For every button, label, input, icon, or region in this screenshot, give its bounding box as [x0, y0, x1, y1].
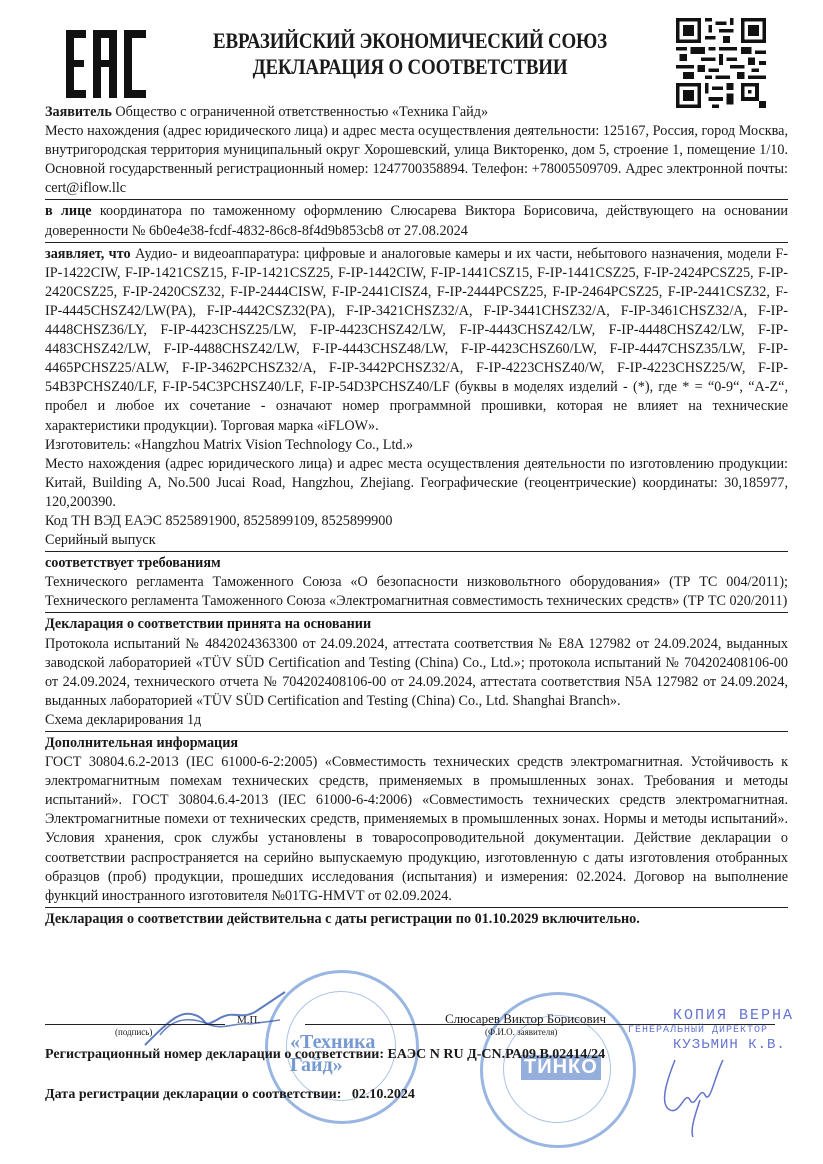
declares-label: заявляет, что	[45, 246, 131, 262]
release-type: Серийный выпуск	[45, 531, 788, 550]
qr-code-icon	[676, 18, 766, 108]
representative-section: в лице координатора по таможенному оформ…	[45, 202, 788, 240]
additional-text: ГОСТ 30804.6.2-2013 (IEC 61000-6-2:2005)…	[45, 753, 788, 906]
divider	[45, 242, 788, 243]
requirements-text: Технического регламента Таможенного Союз…	[45, 573, 788, 611]
registration-date: Дата регистрации декларации о соответств…	[45, 1087, 415, 1103]
divider	[45, 551, 788, 552]
divider	[45, 199, 788, 200]
manufacturer: Изготовитель: «Hangzhou Matrix Vision Te…	[45, 436, 788, 455]
document-title: ЕВРАЗИЙСКИЙ ЭКОНОМИЧЕСКИЙ СОЮЗ ДЕКЛАРАЦИ…	[195, 28, 625, 80]
validity-statement: Декларация о соответствии действительна …	[45, 910, 788, 929]
signature-icon	[140, 990, 290, 1050]
eac-logo-icon	[66, 30, 146, 98]
applicant-name: Общество с ограниченной ответственностью…	[115, 104, 488, 120]
copy-certified-stamp: КОПИЯ ВЕРНА ГЕНЕРАЛЬНЫЙ ДИРЕКТОР КУЗЬМИН…	[673, 1008, 794, 1053]
signer-name-label: (Ф.И.О. заявителя)	[485, 1027, 557, 1037]
declaration-body: Заявитель Общество с ограниченной ответс…	[45, 103, 788, 929]
representative-label: в лице	[45, 203, 92, 219]
signature-line	[45, 1024, 225, 1025]
seal-place-label: М.П.	[237, 1014, 260, 1026]
product-description: Аудио- и видеоаппаратура: цифровые и ана…	[45, 246, 788, 434]
signature-label: (подпись)	[115, 1027, 152, 1037]
manufacturer-address: Место нахождения (адрес юридического лиц…	[45, 455, 788, 512]
signer-name: Слюсарев Виктор Борисович	[445, 1011, 606, 1027]
applicant-address: Место нахождения (адрес юридического лиц…	[45, 123, 788, 196]
additional-label: Дополнительная информация	[45, 734, 788, 753]
registration-number: Регистрационный номер декларации о соотв…	[45, 1047, 605, 1063]
divider	[45, 731, 788, 732]
declaration-scheme: Схема декларирования 1д	[45, 711, 788, 730]
declares-section: заявляет, что Аудио- и видеоаппаратура: …	[45, 245, 788, 436]
applicant-section: Заявитель Общество с ограниченной ответс…	[45, 103, 788, 198]
hs-codes: Код ТН ВЭД ЕАЭС 8525891900, 8525899109, …	[45, 512, 788, 531]
basis-text: Протокола испытаний № 4842024363300 от 2…	[45, 635, 788, 711]
title-declaration: ДЕКЛАРАЦИЯ О СООТВЕТСТВИИ	[195, 54, 625, 80]
director-signature-icon	[655, 1055, 725, 1140]
divider	[45, 907, 788, 908]
registration-number-value: ЕАЭС N RU Д-CN.РА09.В.02414/24	[388, 1047, 606, 1062]
title-union: ЕВРАЗИЙСКИЙ ЭКОНОМИЧЕСКИЙ СОЮЗ	[195, 28, 625, 54]
divider	[45, 612, 788, 613]
applicant-label: Заявитель	[45, 104, 112, 120]
requirements-label: соответствует требованиям	[45, 554, 788, 573]
registration-date-value: 02.10.2024	[352, 1087, 415, 1102]
representative-text: координатора по таможенному оформлению С…	[45, 203, 788, 238]
basis-label: Декларация о соответствии принята на осн…	[45, 615, 788, 634]
